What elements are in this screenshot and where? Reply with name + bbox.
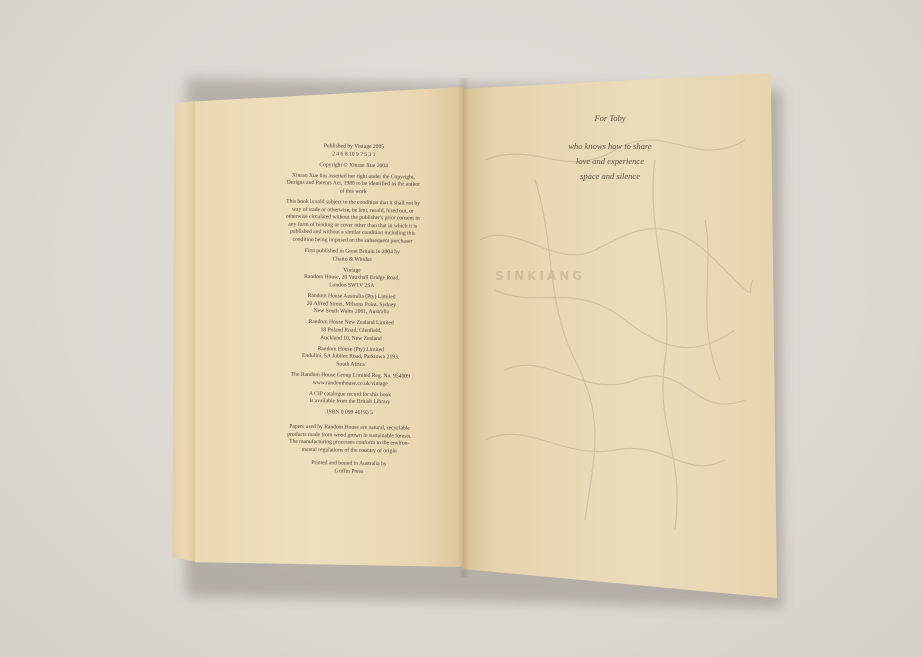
first-published-block: First published in Great Britain in 2004… (246, 247, 458, 266)
moral-rights-block: Xinran Xue has asserted her right under … (247, 172, 459, 198)
printer-block: Printed and bound in Australia by Griffi… (243, 459, 455, 478)
cip-record-block: A CIP catalogue record for this book is … (244, 390, 456, 409)
copyright-line: Copyright © Xinran Xue 2004 (248, 161, 460, 172)
new-zealand-address-block: Random House New Zealand Limited 18 Pola… (245, 318, 457, 344)
dedication-recipient: For Toby (530, 113, 690, 124)
copyright-text: Published by Vintage 2005 2 4 6 8 10 9 7… (243, 142, 460, 481)
conditions-block: This book is sold subject to the conditi… (246, 198, 459, 247)
back-cover-edge (172, 100, 198, 562)
australia-address-block: Random House Australia (Pty) Limited 20 … (245, 292, 457, 318)
paper-statement-block: Papers used by Random House are natural,… (243, 423, 455, 457)
dedication-line: love and experience (530, 154, 690, 169)
open-book: SINKIANG Published by Vintage 2005 2 4 6… (0, 0, 922, 657)
svg-text:SINKIANG: SINKIANG (495, 269, 585, 283)
group-registration-block: The Random House Group Limited Reg. No. … (244, 371, 456, 390)
dedication-line: who knows how to share (530, 139, 690, 154)
dedication: For Toby who knows how to share love and… (530, 113, 690, 184)
isbn-line: ISBN 0 099 46193 5 (244, 408, 456, 419)
vintage-address-block: Vintage Random House, 20 Vauxhall Bridge… (246, 266, 458, 292)
south-africa-address-block: Random House (Pty) Limited Endulini, 5A … (244, 345, 456, 371)
dedication-line: space and silence (530, 169, 690, 184)
publisher-block: Published by Vintage 2005 2 4 6 8 10 9 7… (248, 142, 460, 161)
